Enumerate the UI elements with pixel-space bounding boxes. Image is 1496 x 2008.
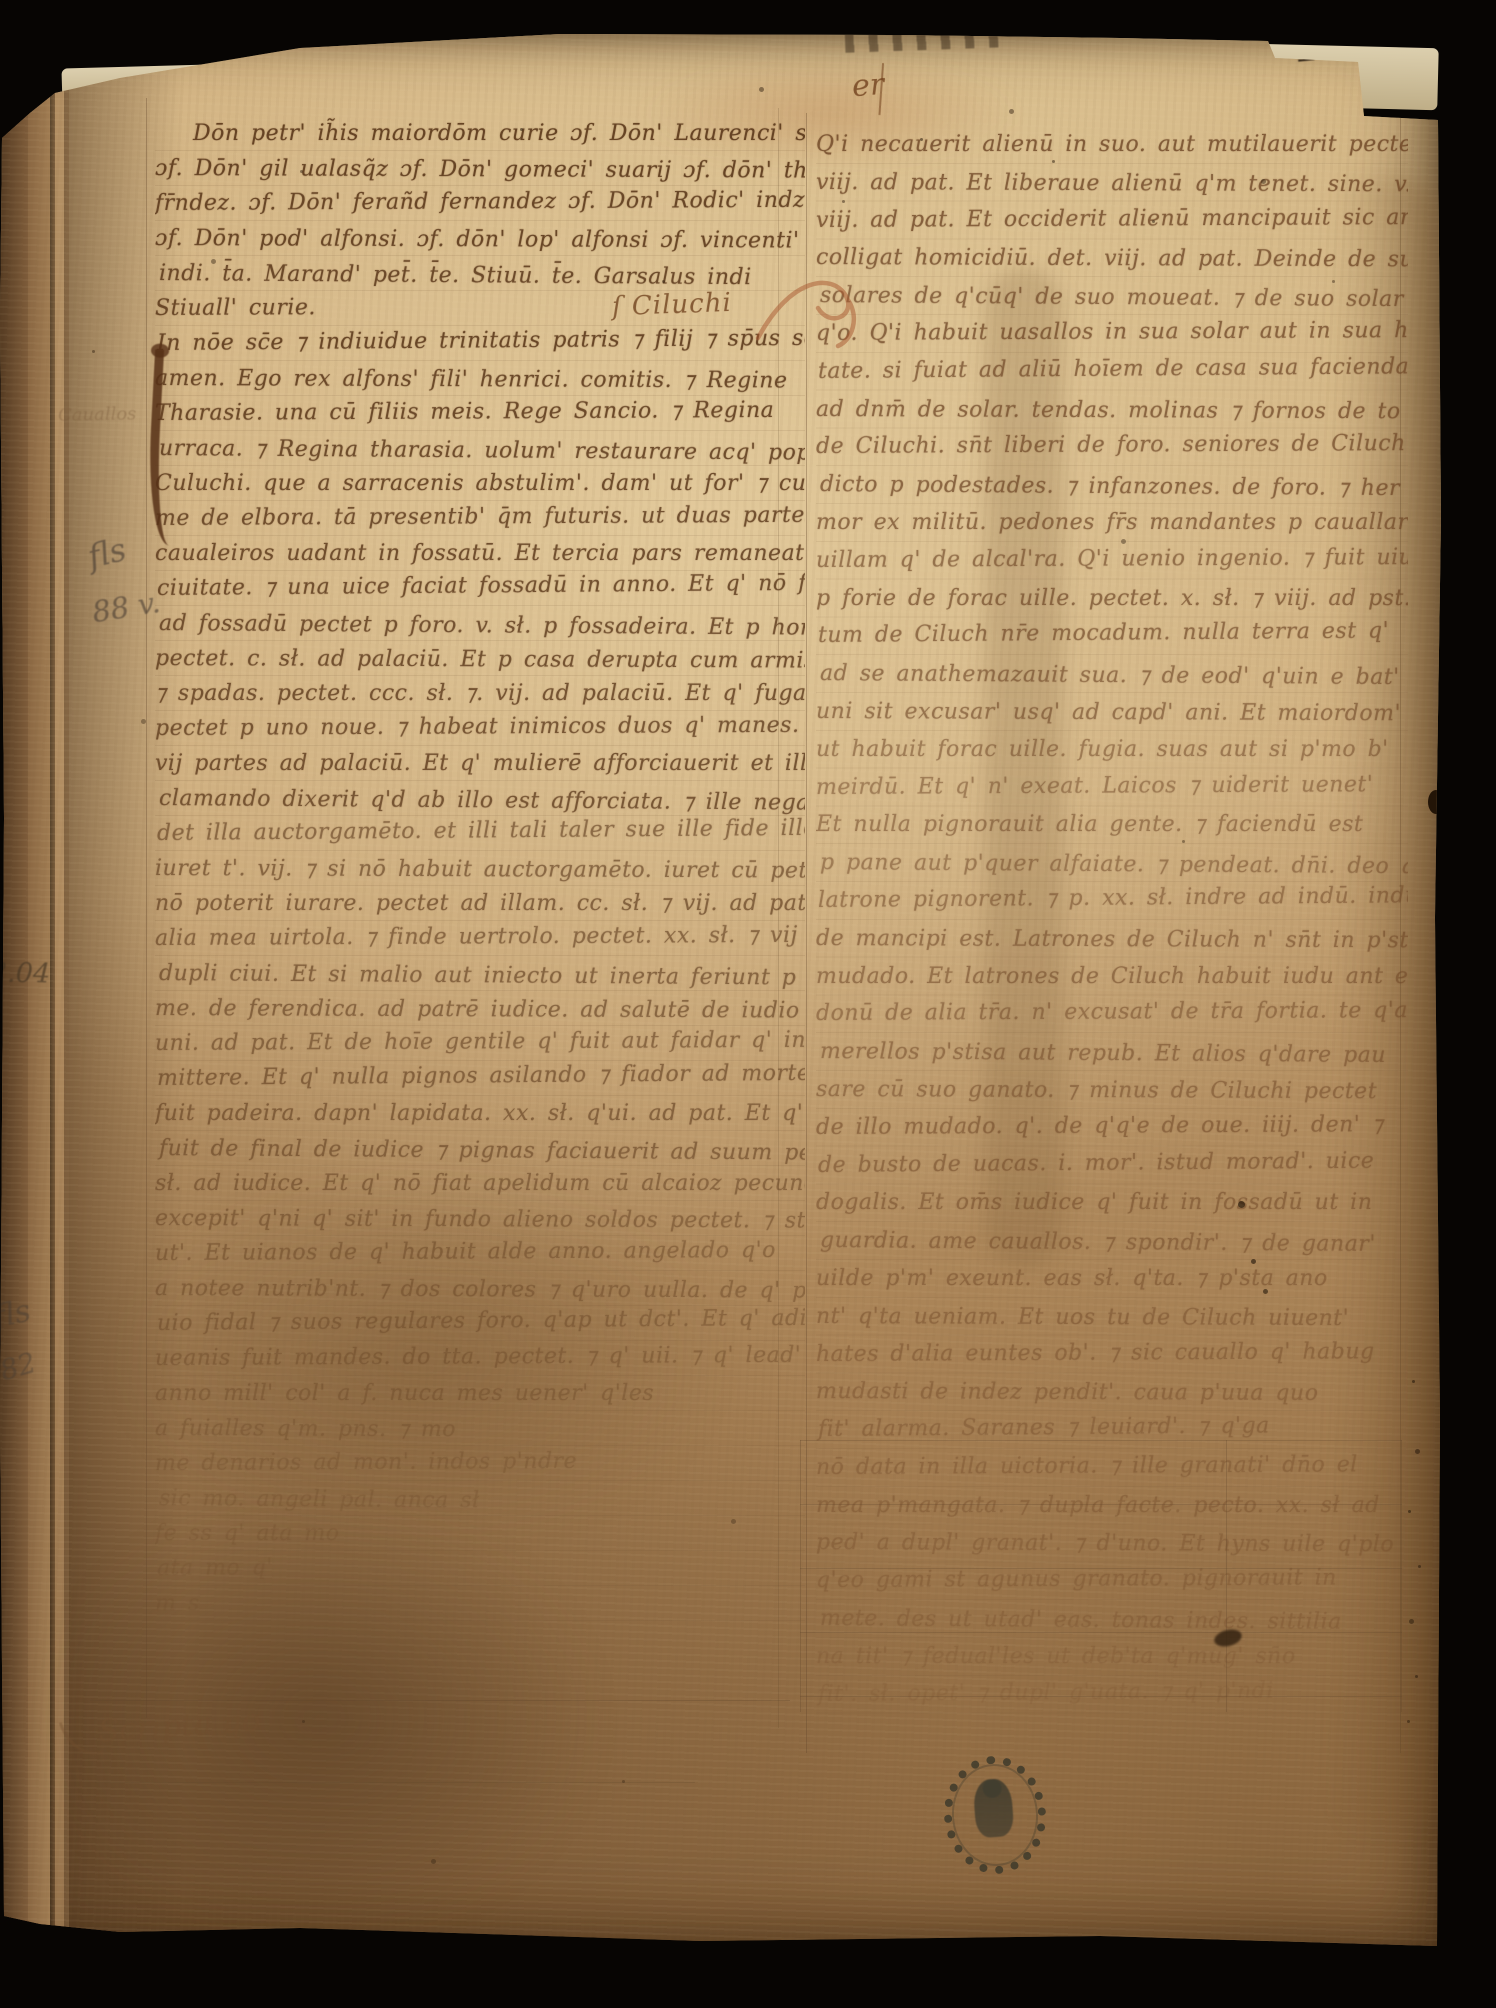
text-line: nt' q'ta ueniam. Et uos tu de Ciluch uiu… bbox=[816, 1298, 1408, 1338]
text-line: dogalis. Et om̄s iudice q' fuit in fossa… bbox=[816, 1184, 1408, 1222]
text-line: meirdū. Et q' n' exeat. Laicos ⁊ uiderit… bbox=[816, 766, 1408, 807]
text-line: Q'i necauerit alienū in suo. aut mutilau… bbox=[816, 126, 1408, 164]
text-line: merellos p'stisa aut repub. Et alios q'd… bbox=[820, 1033, 1408, 1075]
stamp-figure bbox=[973, 1778, 1015, 1839]
text-line: uio fidal ⁊ suos regulares foro. q'ap ut… bbox=[157, 1301, 805, 1341]
text-line: ueanis fuit mandes. do tta. pectet. ⁊ q'… bbox=[155, 1338, 805, 1376]
manuscript-photo: Dōn petr' ih̃is maiordōm curie ɔf. Dōn' … bbox=[0, 0, 1496, 2008]
text-line: fit'. sł. opet' ⁊ dupl' g'uata. ⁊ q' p'n… bbox=[818, 1671, 1408, 1713]
text-line: ɔf. Dōn' pod' alfonsi. ɔf. dōn' lop' alf… bbox=[155, 221, 805, 258]
text-line: colligat homicidiū. det. viij. ad pat. D… bbox=[816, 239, 1408, 279]
text-line: dicto p podestades. ⁊ infanzones. de for… bbox=[820, 466, 1408, 508]
text-line: sł. ad iudice. Et q' nō fiat apelidum cū… bbox=[155, 1166, 805, 1201]
text-line: dupli ciui. Et si malio aut iniecto ut i… bbox=[159, 956, 805, 996]
text-line: viij. ad pat. Et occiderit alienū mancip… bbox=[816, 199, 1408, 240]
margin-note-faint: Cauallos bbox=[58, 403, 137, 425]
text-line: alia mea uirtola. ⁊ finde uertrolo. pect… bbox=[155, 918, 805, 956]
text-line: ciuitate. ⁊ una uice faciat fossadū in a… bbox=[157, 566, 805, 606]
text-line: ut'. Et uianos de q' habuit alde anno. a… bbox=[155, 1233, 805, 1271]
ruling-line-vertical bbox=[146, 98, 147, 1718]
right-text-column: Q'i necauerit alienū in suo. aut mutilau… bbox=[816, 126, 1408, 1726]
text-line: latrone pignorent. ⁊ p. xx. sł. indre ad… bbox=[818, 877, 1408, 919]
text-line: Culuchi. que a sarracenis abstulim'. dam… bbox=[155, 466, 805, 501]
text-line: fr̄ndez. ɔf. Dōn' ferañd fernandez ɔf. D… bbox=[155, 183, 805, 221]
text-line: Tharasie. una cū filiis meis. Rege Sanci… bbox=[155, 393, 805, 431]
text-line: tum de Ciluch nr̄e mocadum. nulla terra … bbox=[818, 613, 1408, 655]
text-line: sare cū suo ganato. ⁊ minus de Ciluchi p… bbox=[816, 1071, 1408, 1111]
text-line: urraca. ⁊ Regina tharasia. uolum' restau… bbox=[159, 431, 805, 471]
text-line: pectet. c. sł. ad palaciū. Et p casa der… bbox=[155, 641, 805, 678]
text-line: q'o. Q'i habuit uasallos in sua solar au… bbox=[816, 312, 1408, 353]
text-line: pectet p uno noue. ⁊ habeat inimicos duo… bbox=[155, 708, 805, 746]
margin-note-number: 2.04 bbox=[0, 957, 51, 990]
text-line: guardia. ame cauallos. ⁊ spondir'. ⁊ de … bbox=[820, 1222, 1408, 1264]
text-line: me de elbora. tā presentib' q̄m futuris.… bbox=[155, 498, 805, 536]
text-line: p forie de forac uille. pectet. x. sł. ⁊… bbox=[816, 580, 1408, 618]
text-line: uni. ad pat. Et de hoīe gentile q' fuit … bbox=[155, 1023, 805, 1061]
text-line: uillam q' de alcal'ra. Q'i uenio ingenio… bbox=[816, 539, 1408, 580]
text-line: de busto de uacas. i. mor'. istud morad'… bbox=[818, 1142, 1408, 1184]
text-line: de Ciluchi. sn̄t liberi de foro. seniore… bbox=[816, 425, 1408, 466]
text-line: Et nulla pignorauit alia gente. ⁊ facien… bbox=[816, 806, 1408, 844]
text-line: ut habuit forac uille. fugia. suas aut s… bbox=[816, 731, 1408, 769]
text-line: uni sit excusar' usq' ad capd' ani. Et m… bbox=[816, 693, 1408, 733]
ruling-line-horizontal bbox=[90, 1700, 790, 1701]
text-line: uilde p'm' exeunt. eas sł. q'ta. ⁊ p'sta… bbox=[816, 1260, 1408, 1298]
text-line: mudado. Et latrones de Ciluch habuit iud… bbox=[816, 958, 1408, 996]
text-line: fuit padeira. dapn' lapidata. xx. sł. q'… bbox=[155, 1096, 805, 1131]
column-heading-mark: er bbox=[851, 67, 885, 104]
oval-library-stamp-icon bbox=[940, 1753, 1050, 1878]
text-line: sic mo. angeli pal. anca sł bbox=[159, 1481, 805, 1521]
text-line: det illa auctorgamēto. et illi tali tale… bbox=[157, 811, 805, 851]
text-line: de mancipi est. Latrones de Ciluch n' sn… bbox=[816, 920, 1408, 960]
text-line: mete. des ut utad' eas. tonas indes. sit… bbox=[820, 1600, 1408, 1642]
text-line: iuret t'. vij. ⁊ si nō habuit auctorgamē… bbox=[155, 851, 805, 888]
text-line: na tit' ⁊ fedual'les ut deb'ta q'mug' sn… bbox=[816, 1638, 1408, 1676]
text-line: tate. si fuiat ad aliū hoīem de casa sua… bbox=[818, 348, 1408, 390]
ink-specks bbox=[0, 18, 3, 21]
text-line: de illo mudado. q'. de q'q'e de oue. iii… bbox=[816, 1106, 1408, 1147]
text-line: me denarios ad mon'. indos p'ndre bbox=[155, 1443, 805, 1481]
text-line: vij partes ad palaciū. Et q' mulierē aff… bbox=[155, 746, 805, 781]
text-line: viij. ad pat. Et liberaue alienū q'm ten… bbox=[816, 164, 1408, 204]
text-line: donū de alia tr̄a. n' excusat' de tr̄a f… bbox=[816, 992, 1408, 1033]
ink-blob bbox=[1428, 790, 1444, 814]
red-flourish-mark bbox=[748, 266, 878, 356]
text-line: In nōe sc̄e ⁊ indiuidue trinitatis patri… bbox=[157, 321, 805, 361]
text-line: mittere. Et q' nulla pignos asilando ⁊ f… bbox=[157, 1056, 805, 1096]
rubric-label: ſ Ciluchi bbox=[612, 288, 733, 322]
text-line: nō poterit iurare. pectet ad illam. cc. … bbox=[155, 886, 805, 921]
text-line: ⁊ spadas. pectet. ccc. sł. ⁊. vij. ad pa… bbox=[155, 676, 805, 711]
text-line: mor ex militū. pedones fr̄s mandantes p … bbox=[816, 504, 1408, 542]
text-line: fit' alarma. Saranes ⁊ leuiard'. ⁊ q'ga bbox=[818, 1406, 1408, 1448]
ruling-line-horizontal bbox=[95, 1782, 695, 1783]
ink-smudge bbox=[845, 21, 1006, 53]
spine-gutter-band bbox=[0, 18, 28, 1968]
text-line: nō data in illa uictoria. ⁊ ille granati… bbox=[816, 1446, 1408, 1487]
spine-gutter-band bbox=[28, 18, 50, 1968]
text-line: hates d'alia euntes ob'. ⁊ sic cauallo q… bbox=[816, 1333, 1408, 1374]
text-line: ata mo q' bbox=[157, 1546, 805, 1586]
text-line: ad fossadū pectet p foro. v. sł. p fossa… bbox=[159, 606, 805, 646]
text-line: anno mill' col' a f. nuca mes uener' q'l… bbox=[155, 1376, 805, 1411]
text-line: Dōn petr' ih̃is maiordōm curie ɔf. Dōn' … bbox=[155, 116, 805, 151]
text-line: ad se anathemazauit sua. ⁊ de eod' q'uin… bbox=[820, 655, 1408, 697]
left-text-column: Dōn petr' ih̃is maiordōm curie ɔf. Dōn' … bbox=[155, 116, 805, 1646]
text-line: fuit de final de iudice ⁊ pignas faciaue… bbox=[159, 1131, 805, 1171]
parchment-leaf: Dōn petr' ih̃is maiordōm curie ɔf. Dōn' … bbox=[0, 18, 1444, 1968]
text-line: m s bbox=[155, 1586, 805, 1621]
text-line: mea p'mangata. ⁊ dupla facte. pecto. xx.… bbox=[816, 1487, 1408, 1525]
text-line: ped' a dupl' granat'. ⁊ d'uno. Et hyns u… bbox=[816, 1524, 1408, 1564]
text-line: q'eo gami st agunus granato. pignorauit … bbox=[816, 1559, 1408, 1600]
